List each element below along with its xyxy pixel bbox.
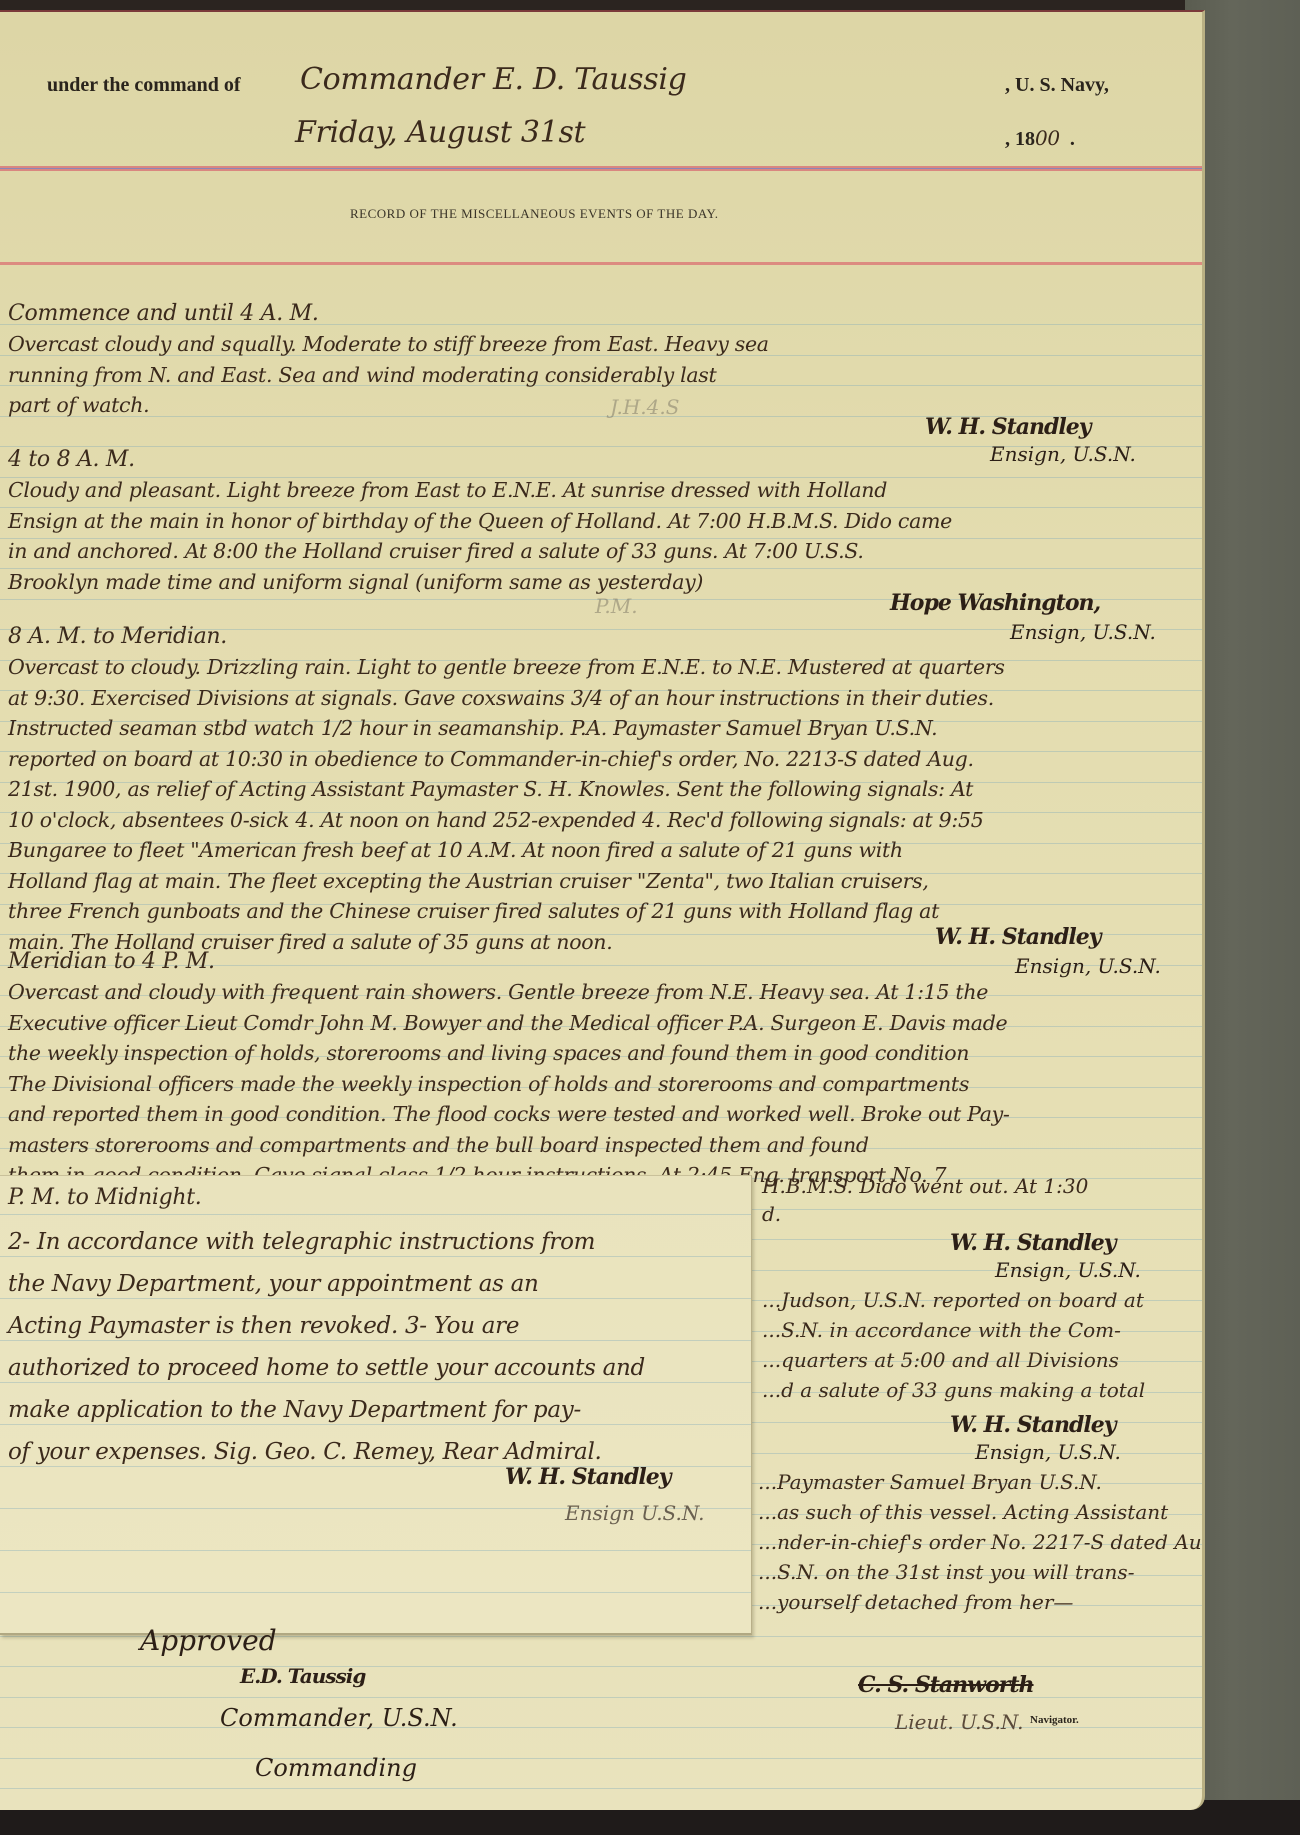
note-line: Acting Paymaster is then revoked. 3- You… — [8, 1306, 519, 1346]
section-title: RECORD OF THE MISCELLANEOUS EVENTS OF TH… — [350, 206, 719, 222]
entry-line: Bungaree to fleet "American fresh beef a… — [8, 835, 1188, 866]
section-divider — [0, 262, 1205, 265]
log-date: Friday, August 31st — [295, 115, 585, 150]
note-ruled-line — [0, 1634, 752, 1635]
entry-line-partial: ...quarters at 5:00 and all Divisions — [762, 1348, 1119, 1372]
entry-line: 10 o'clock, absentees 0-sick 4. At noon … — [8, 805, 1188, 836]
ruled-line — [0, 1758, 1205, 1759]
entry-line-partial: ...nder-in-chief's order No. 2217-S date… — [758, 1530, 1205, 1554]
note-line: 2- In accordance with telegraphic instru… — [8, 1222, 595, 1262]
pencil-mark: P.M. — [595, 594, 638, 618]
pasted-note: P. M. to Midnight. 2- In accordance with… — [0, 1175, 752, 1635]
entry-line: Overcast and cloudy with frequent rain s… — [8, 977, 1188, 1008]
entry-line: masters storerooms and compartments and … — [8, 1130, 1188, 1161]
navigator-rank: Lieut. U.S.N. — [895, 1710, 1023, 1734]
entry-line: Instructed seaman stbd watch 1/2 hour in… — [8, 713, 1188, 744]
entry-line: Overcast to cloudy. Drizzling rain. Ligh… — [8, 652, 1188, 683]
ruled-line — [0, 1727, 1205, 1728]
signature: W. H. Standley — [505, 1464, 671, 1490]
ruled-line — [0, 1788, 1205, 1789]
watch-entry-8am-to-meridian: 8 A. M. to Meridian. Overcast to cloudy.… — [8, 622, 1188, 957]
signature-rank: Ensign, U.S.N. — [975, 1440, 1121, 1464]
approver-rank: Commander, U.S.N. — [220, 1704, 458, 1732]
entry-line-partial: ...d a salute of 33 guns making a total — [762, 1378, 1145, 1402]
watch-heading: Commence and until 4 A. M. — [8, 299, 1188, 329]
entry-line: the weekly inspection of holds, storeroo… — [8, 1038, 1188, 1069]
year-prefix: , 18 — [1005, 128, 1035, 150]
entry-line: Overcast cloudy and squally. Moderate to… — [8, 329, 1188, 360]
command-prefix: under the command of — [47, 74, 241, 97]
watch-heading: 8 A. M. to Meridian. — [8, 622, 1188, 652]
entry-line: 21st. 1900, as relief of Acting Assistan… — [8, 774, 1188, 805]
entry-line: Holland flag at main. The fleet exceptin… — [8, 866, 1188, 897]
entry-line: and reported them in good condition. The… — [8, 1099, 1188, 1130]
year: , 1800. — [1005, 126, 1075, 151]
entry-line: at 9:30. Exercised Divisions at signals.… — [8, 683, 1188, 714]
entry-line: three French gunboats and the Chinese cr… — [8, 896, 1188, 927]
entry-line-partial: d. — [762, 1202, 781, 1226]
note-line: the Navy Department, your appointment as… — [8, 1264, 539, 1304]
approved-label: Approved — [140, 1624, 277, 1657]
entry-line-partial: ...Paymaster Samuel Bryan U.S.N. — [758, 1470, 1102, 1494]
signature: W. H. Standley — [950, 1412, 1116, 1438]
signature: Hope Washington, — [890, 590, 1100, 616]
entry-line-partial: ...yourself detached from her— — [758, 1590, 1073, 1614]
entry-line: running from N. and East. Sea and wind m… — [8, 360, 1188, 391]
signature-rank: Ensign U.S.N. — [565, 1501, 704, 1525]
entry-line: Executive officer Lieut Comdr John M. Bo… — [8, 1008, 1188, 1039]
logbook-page: under the command of Commander E. D. Tau… — [0, 10, 1205, 1810]
approver-role: Commanding — [255, 1754, 417, 1782]
watch-entry-midnight-to-4am: Commence and until 4 A. M. Overcast clou… — [8, 299, 1188, 421]
entry-line: in and anchored. At 8:00 the Holland cru… — [8, 536, 1188, 567]
entry-line: reported on board at 10:30 in obedience … — [8, 744, 1188, 775]
watch-entry-meridian-to-4pm: Meridian to 4 P. M. Overcast and cloudy … — [8, 947, 1188, 1191]
note-ruled-line — [0, 1592, 752, 1593]
note-ruled-line — [0, 1550, 752, 1551]
entry-line-partial: ...Judson, U.S.N. reported on board at — [762, 1288, 1144, 1312]
entry-line: Ensign at the main in honor of birthday … — [8, 506, 1188, 537]
signature: W. H. Standley — [925, 414, 1091, 440]
signature: W. H. Standley — [950, 1230, 1116, 1256]
entry-line: The Divisional officers made the weekly … — [8, 1069, 1188, 1100]
signature-rank: Ensign, U.S.N. — [995, 1258, 1141, 1282]
entry-line-partial: H.B.M.S. Dido went out. At 1:30 — [762, 1174, 1088, 1198]
watch-heading: 4 to 8 A. M. — [8, 445, 1188, 475]
navigator-signature: C. S. Stanworth — [858, 1672, 1034, 1698]
commander-name: Commander E. D. Taussig — [300, 62, 687, 97]
entry-line: Cloudy and pleasant. Light breeze from E… — [8, 475, 1188, 506]
entry-line-partial: ...S.N. on the 31st inst you will trans- — [758, 1560, 1134, 1584]
watch-entry-4am-to-8am: 4 to 8 A. M. Cloudy and pleasant. Light … — [8, 445, 1188, 597]
watch-heading: Meridian to 4 P. M. — [8, 947, 1188, 977]
note-line: authorized to proceed home to settle you… — [8, 1348, 645, 1388]
header-divider — [0, 166, 1205, 171]
entry-line-partial: ...S.N. in accordance with the Com- — [762, 1318, 1121, 1342]
navigator-printed-label: Navigator. — [1030, 1714, 1079, 1726]
service-suffix: , U. S. Navy, — [1005, 74, 1109, 97]
note-heading: P. M. to Midnight. — [8, 1178, 201, 1218]
entry-line-partial: ...as such of this vessel. Acting Assist… — [758, 1500, 1168, 1524]
approver-signature: E.D. Taussig — [240, 1664, 365, 1688]
note-line: make application to the Navy Department … — [8, 1390, 581, 1430]
year-suffix: . — [1070, 128, 1075, 150]
ruled-line — [0, 1666, 1205, 1667]
year-hand: 00 — [1035, 126, 1060, 150]
